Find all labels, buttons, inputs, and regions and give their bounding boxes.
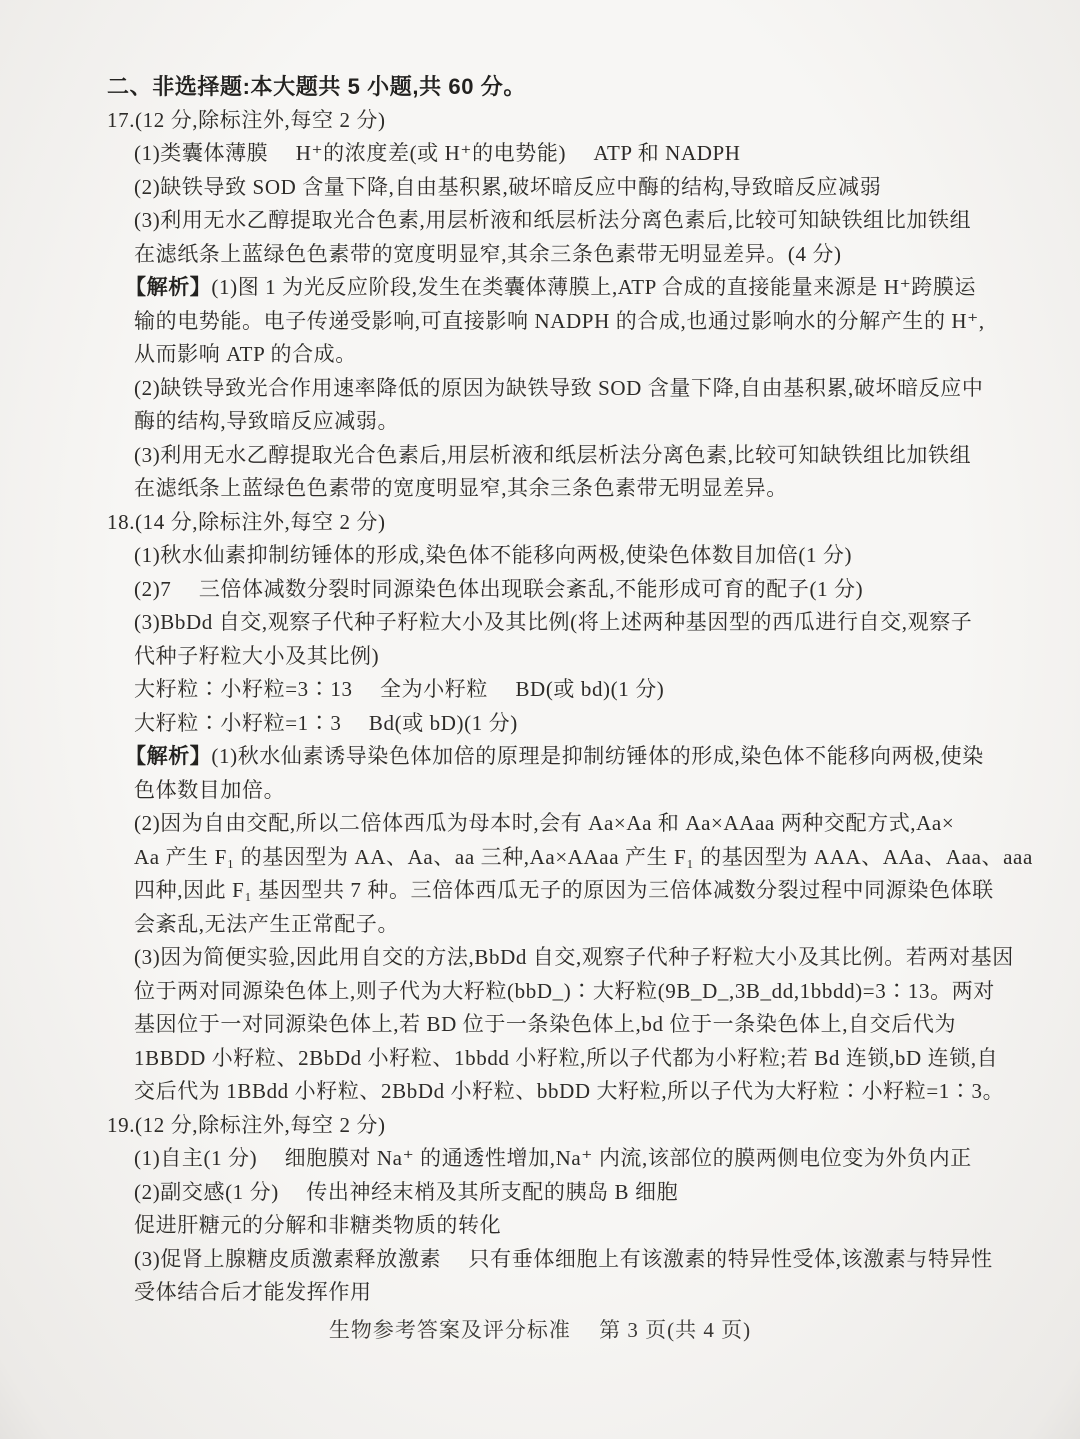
line-text: 代种子籽粒大小及其比例) [134,644,379,668]
line-text: (3)利用无水乙醇提取光合色素,用层析液和纸层析法分离色素后,比较可知缺铁组比加… [134,208,971,232]
line-text: 促进肝糖元的分解和非糖类物质的转化 [134,1213,501,1237]
line-text: 交后代为 1BBdd 小籽粒、2BbDd 小籽粒、bbDD 大籽粒,所以子代为大… [134,1079,1004,1103]
answers-text-block: 二、非选择题:本大题共 5 小题,共 60 分。17.(12 分,除标注外,每空… [107,70,993,1310]
line-text: 色体数目加倍。 [134,778,285,802]
answer-line: 从而影响 ATP 的合成。 [107,338,993,372]
line-text: 二、非选择题:本大题共 5 小题,共 60 分。 [107,74,526,99]
answer-line: 在滤纸条上蓝绿色色素带的宽度明显窄,其余三条色素带无明显差异。 [107,472,993,506]
question-number-line: 18.(14 分,除标注外,每空 2 分) [107,506,993,540]
answer-line: 1BBDD 小籽粒、2BbDd 小籽粒、1bbdd 小籽粒,所以子代都为小籽粒;… [107,1042,993,1076]
answer-line: (3)利用无水乙醇提取光合色素后,用层析液和纸层析法分离色素,比较可知缺铁组比加… [107,439,993,473]
line-text: (2)缺铁导致 SOD 含量下降,自由基积累,破坏暗反应中酶的结构,导致暗反应减… [134,175,881,199]
answer-line: (3)利用无水乙醇提取光合色素,用层析液和纸层析法分离色素后,比较可知缺铁组比加… [107,204,993,238]
line-text: 酶的结构,导致暗反应减弱。 [134,409,399,433]
answer-line: (2)缺铁导致 SOD 含量下降,自由基积累,破坏暗反应中酶的结构,导致暗反应减… [107,171,993,205]
line-text: (3)BbDd 自交,观察子代种子籽粒大小及其比例(将上述两种基因型的西瓜进行自… [134,610,972,634]
answer-line: 输的电势能。电子传递受影响,可直接影响 NADPH 的合成,也通过影响水的分解产… [107,305,993,339]
line-text: 大籽粒∶小籽粒=3∶13 全为小籽粒 BD(或 bd)(1 分) [134,677,664,701]
line-text: (2)缺铁导致光合作用速率降低的原因为缺铁导致 SOD 含量下降,自由基积累,破… [134,376,984,400]
answer-line: 大籽粒∶小籽粒=3∶13 全为小籽粒 BD(或 bd)(1 分) [107,673,993,707]
answer-line: (3)BbDd 自交,观察子代种子籽粒大小及其比例(将上述两种基因型的西瓜进行自… [107,606,993,640]
line-text: 受体结合后才能发挥作用 [134,1280,372,1304]
answer-line: Aa 产生 F₁ 的基因型为 AA、Aa、aa 三种,Aa×AAaa 产生 F₁… [107,841,993,875]
answer-line: 色体数目加倍。 [107,774,993,808]
answer-line: (1)自主(1 分) 细胞膜对 Na⁺ 的通透性增加,Na⁺ 内流,该部位的膜两… [107,1142,993,1176]
answer-line: (2)缺铁导致光合作用速率降低的原因为缺铁导致 SOD 含量下降,自由基积累,破… [107,372,993,406]
analysis-label: 【解析】 [125,276,211,299]
exam-answer-page: 二、非选择题:本大题共 5 小题,共 60 分。17.(12 分,除标注外,每空… [0,0,1080,1439]
line-text: 在滤纸条上蓝绿色色素带的宽度明显窄,其余三条色素带无明显差异。 [134,476,788,500]
line-text: 18.(14 分,除标注外,每空 2 分) [107,510,386,534]
section-header: 二、非选择题:本大题共 5 小题,共 60 分。 [107,70,993,104]
line-text: 基因位于一对同源染色体上,若 BD 位于一条染色体上,bd 位于一条染色体上,自… [134,1012,956,1036]
line-text: (1)类囊体薄膜 H⁺的浓度差(或 H⁺的电势能) ATP 和 NADPH [134,141,741,165]
line-text: (3)促肾上腺糖皮质激素释放激素 只有垂体细胞上有该激素的特异性受体,该激素与特… [134,1247,993,1271]
answer-line: 【解析】(1)图 1 为光反应阶段,发生在类囊体薄膜上,ATP 合成的直接能量来… [107,271,993,305]
line-text: (2)副交感(1 分) 传出神经末梢及其所支配的胰岛 B 细胞 [134,1180,678,1204]
answer-line: 位于两对同源染色体上,则子代为大籽粒(bbD_)∶大籽粒(9B_D_,3B_dd… [107,975,993,1009]
line-text: 在滤纸条上蓝绿色色素带的宽度明显窄,其余三条色素带无明显差异。(4 分) [134,242,842,266]
answer-line: (3)促肾上腺糖皮质激素释放激素 只有垂体细胞上有该激素的特异性受体,该激素与特… [107,1243,993,1277]
question-number-line: 19.(12 分,除标注外,每空 2 分) [107,1109,993,1143]
answer-line: (2)副交感(1 分) 传出神经末梢及其所支配的胰岛 B 细胞 [107,1176,993,1210]
line-text: (1)秋水仙素抑制纺锤体的形成,染色体不能移向两极,使染色体数目加倍(1 分) [134,543,852,567]
line-text: 位于两对同源染色体上,则子代为大籽粒(bbD_)∶大籽粒(9B_D_,3B_dd… [134,979,995,1003]
answer-line: (3)因为简便实验,因此用自交的方法,BbDd 自交,观察子代种子籽粒大小及其比… [107,941,993,975]
line-text: 输的电势能。电子传递受影响,可直接影响 NADPH 的合成,也通过影响水的分解产… [134,309,985,333]
line-text: (2)7 三倍体减数分裂时同源染色体出现联会紊乱,不能形成可育的配子(1 分) [134,577,863,601]
question-number-line: 17.(12 分,除标注外,每空 2 分) [107,104,993,138]
line-text: 1BBDD 小籽粒、2BbDd 小籽粒、1bbdd 小籽粒,所以子代都为小籽粒;… [134,1046,998,1070]
line-text: (3)利用无水乙醇提取光合色素后,用层析液和纸层析法分离色素,比较可知缺铁组比加… [134,443,971,467]
answer-line: 在滤纸条上蓝绿色色素带的宽度明显窄,其余三条色素带无明显差异。(4 分) [107,238,993,272]
answer-line: 【解析】(1)秋水仙素诱导染色体加倍的原理是抑制纺锤体的形成,染色体不能移向两极… [107,740,993,774]
answer-line: 基因位于一对同源染色体上,若 BD 位于一条染色体上,bd 位于一条染色体上,自… [107,1008,993,1042]
line-text: 从而影响 ATP 的合成。 [134,342,357,366]
answer-line: 大籽粒∶小籽粒=1∶3 Bd(或 bD)(1 分) [107,707,993,741]
line-text: Aa 产生 F₁ 的基因型为 AA、Aa、aa 三种,Aa×AAaa 产生 F₁… [134,845,1033,869]
answer-line: 促进肝糖元的分解和非糖类物质的转化 [107,1209,993,1243]
answer-line: 会紊乱,无法产生正常配子。 [107,908,993,942]
line-text: 17.(12 分,除标注外,每空 2 分) [107,108,386,132]
answer-line: 代种子籽粒大小及其比例) [107,640,993,674]
line-text: (2)因为自由交配,所以二倍体西瓜为母本时,会有 Aa×Aa 和 Aa×AAaa… [134,811,954,835]
line-text: (1)图 1 为光反应阶段,发生在类囊体薄膜上,ATP 合成的直接能量来源是 H… [211,275,976,299]
line-text: (1)自主(1 分) 细胞膜对 Na⁺ 的通透性增加,Na⁺ 内流,该部位的膜两… [134,1146,972,1170]
answer-line: (2)7 三倍体减数分裂时同源染色体出现联会紊乱,不能形成可育的配子(1 分) [107,573,993,607]
answer-line: 受体结合后才能发挥作用 [107,1276,993,1310]
line-text: 会紊乱,无法产生正常配子。 [134,912,399,936]
answer-line: 酶的结构,导致暗反应减弱。 [107,405,993,439]
answer-line: 四种,因此 F₁ 基因型共 7 种。三倍体西瓜无子的原因为三倍体减数分裂过程中同… [107,874,993,908]
answer-line: (1)类囊体薄膜 H⁺的浓度差(或 H⁺的电势能) ATP 和 NADPH [107,137,993,171]
answer-line: (2)因为自由交配,所以二倍体西瓜为母本时,会有 Aa×Aa 和 Aa×AAaa… [107,807,993,841]
answer-line: (1)秋水仙素抑制纺锤体的形成,染色体不能移向两极,使染色体数目加倍(1 分) [107,539,993,573]
line-text: 大籽粒∶小籽粒=1∶3 Bd(或 bD)(1 分) [134,711,518,735]
page-footer: 生物参考答案及评分标准 第 3 页(共 4 页) [0,1314,1080,1344]
line-text: (3)因为简便实验,因此用自交的方法,BbDd 自交,观察子代种子籽粒大小及其比… [134,945,1014,969]
answer-line: 交后代为 1BBdd 小籽粒、2BbDd 小籽粒、bbDD 大籽粒,所以子代为大… [107,1075,993,1109]
line-text: (1)秋水仙素诱导染色体加倍的原理是抑制纺锤体的形成,染色体不能移向两极,使染 [211,744,983,768]
analysis-label: 【解析】 [125,745,211,768]
line-text: 四种,因此 F₁ 基因型共 7 种。三倍体西瓜无子的原因为三倍体减数分裂过程中同… [134,878,994,902]
line-text: 19.(12 分,除标注外,每空 2 分) [107,1113,386,1137]
